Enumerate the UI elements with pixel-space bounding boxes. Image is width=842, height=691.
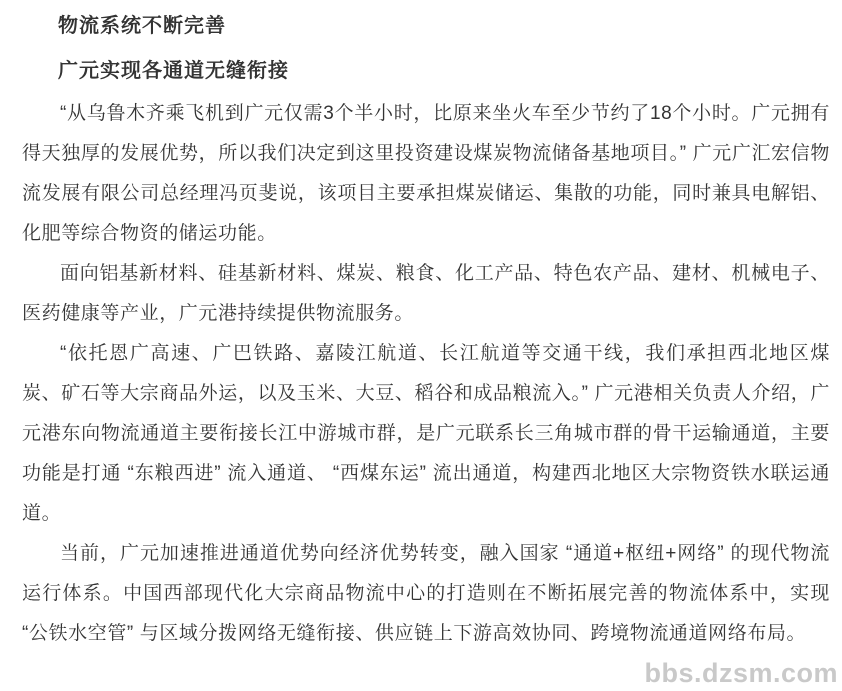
article-heading-line1: 物流系统不断完善: [22, 4, 830, 49]
site-watermark: bbs.dzsm.com: [644, 658, 838, 689]
article-paragraph: 当前，广元加速推进通道优势向经济优势转变，融入国家 “通道+枢纽+网络” 的现代…: [22, 534, 830, 654]
article-heading-line2: 广元实现各通道无缝衔接: [22, 49, 830, 94]
article-paragraph: “从乌鲁木齐乘飞机到广元仅需3个半小时，比原来坐火车至少节约了18个小时。广元拥…: [22, 94, 830, 254]
article-paragraph: “依托恩广高速、广巴铁路、嘉陵江航道、长江航道等交通干线，我们承担西北地区煤炭、…: [22, 334, 830, 534]
article-body: 物流系统不断完善 广元实现各通道无缝衔接 “从乌鲁木齐乘飞机到广元仅需3个半小时…: [0, 0, 842, 691]
article-paragraph: 面向铝基新材料、硅基新材料、煤炭、粮食、化工产品、特色农产品、建材、机械电子、医…: [22, 254, 830, 334]
